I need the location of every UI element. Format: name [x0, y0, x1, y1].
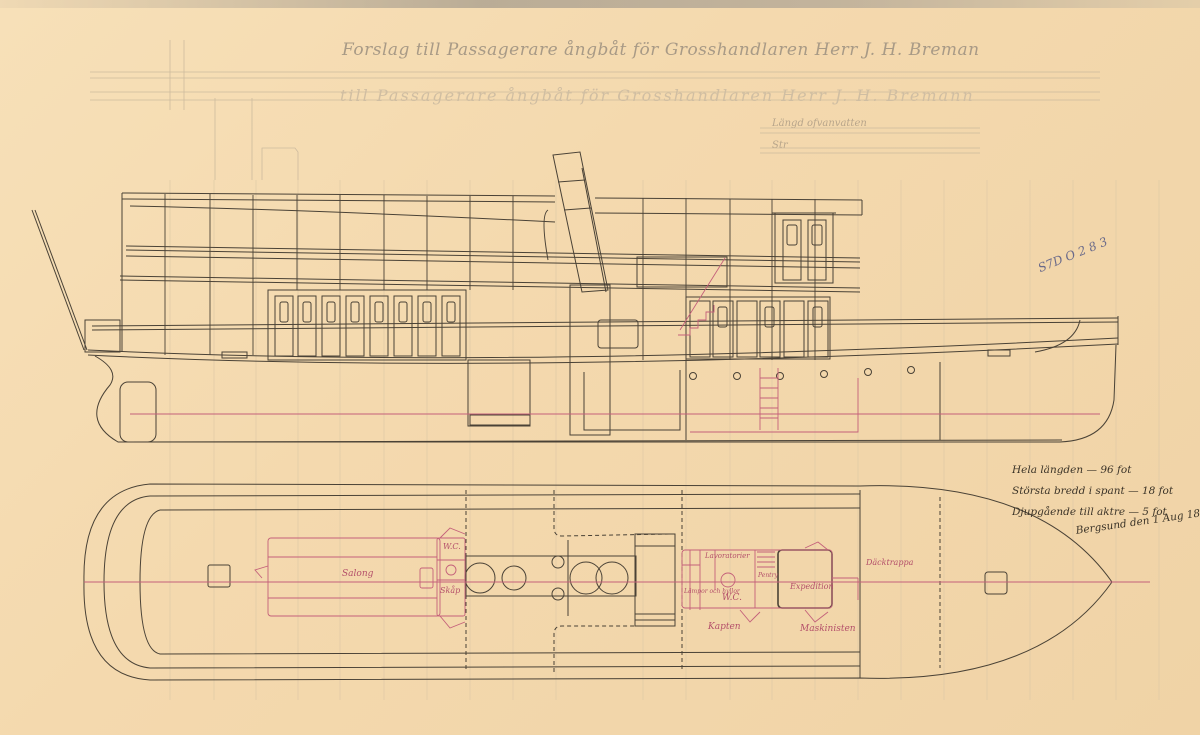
label-wc-aft: W.C.: [722, 593, 742, 603]
label-machinist: Maskinisten: [800, 624, 856, 634]
label-pantry: Pentry: [758, 572, 778, 579]
spec-beam: Största bredd i spant — 18 fot: [1012, 485, 1173, 497]
label-expedition: Expedition: [790, 582, 834, 591]
ship-plan-sheet: Forslag till Passagerare ångbåt för Gros…: [0, 0, 1200, 735]
label-lavatory: Lavoratorier: [705, 552, 750, 560]
subtitle-length: Längd ofvanvatten: [772, 118, 867, 129]
subtitle-str: Str: [772, 140, 788, 151]
label-captain: Kapten: [708, 622, 741, 632]
red-ink-plan: [84, 528, 1150, 628]
spec-length: Hela längden — 96 fot: [1012, 464, 1131, 476]
drawing-title: Forslag till Passagerare ångbåt för Gros…: [342, 40, 980, 60]
label-saloon: Salong: [342, 569, 373, 579]
label-open-deck: Däcktrappa: [866, 558, 913, 567]
label-skap: Skåp: [440, 586, 460, 595]
label-wc-fore: W.C.: [443, 542, 461, 551]
cabin-windows: [275, 296, 460, 356]
drawing-title-traced: till Passagerare ångbåt för Grosshandlar…: [340, 86, 975, 105]
ship-drawing: [0, 0, 1200, 735]
pencil-guides: [90, 40, 1100, 180]
side-elevation: [32, 152, 1118, 442]
